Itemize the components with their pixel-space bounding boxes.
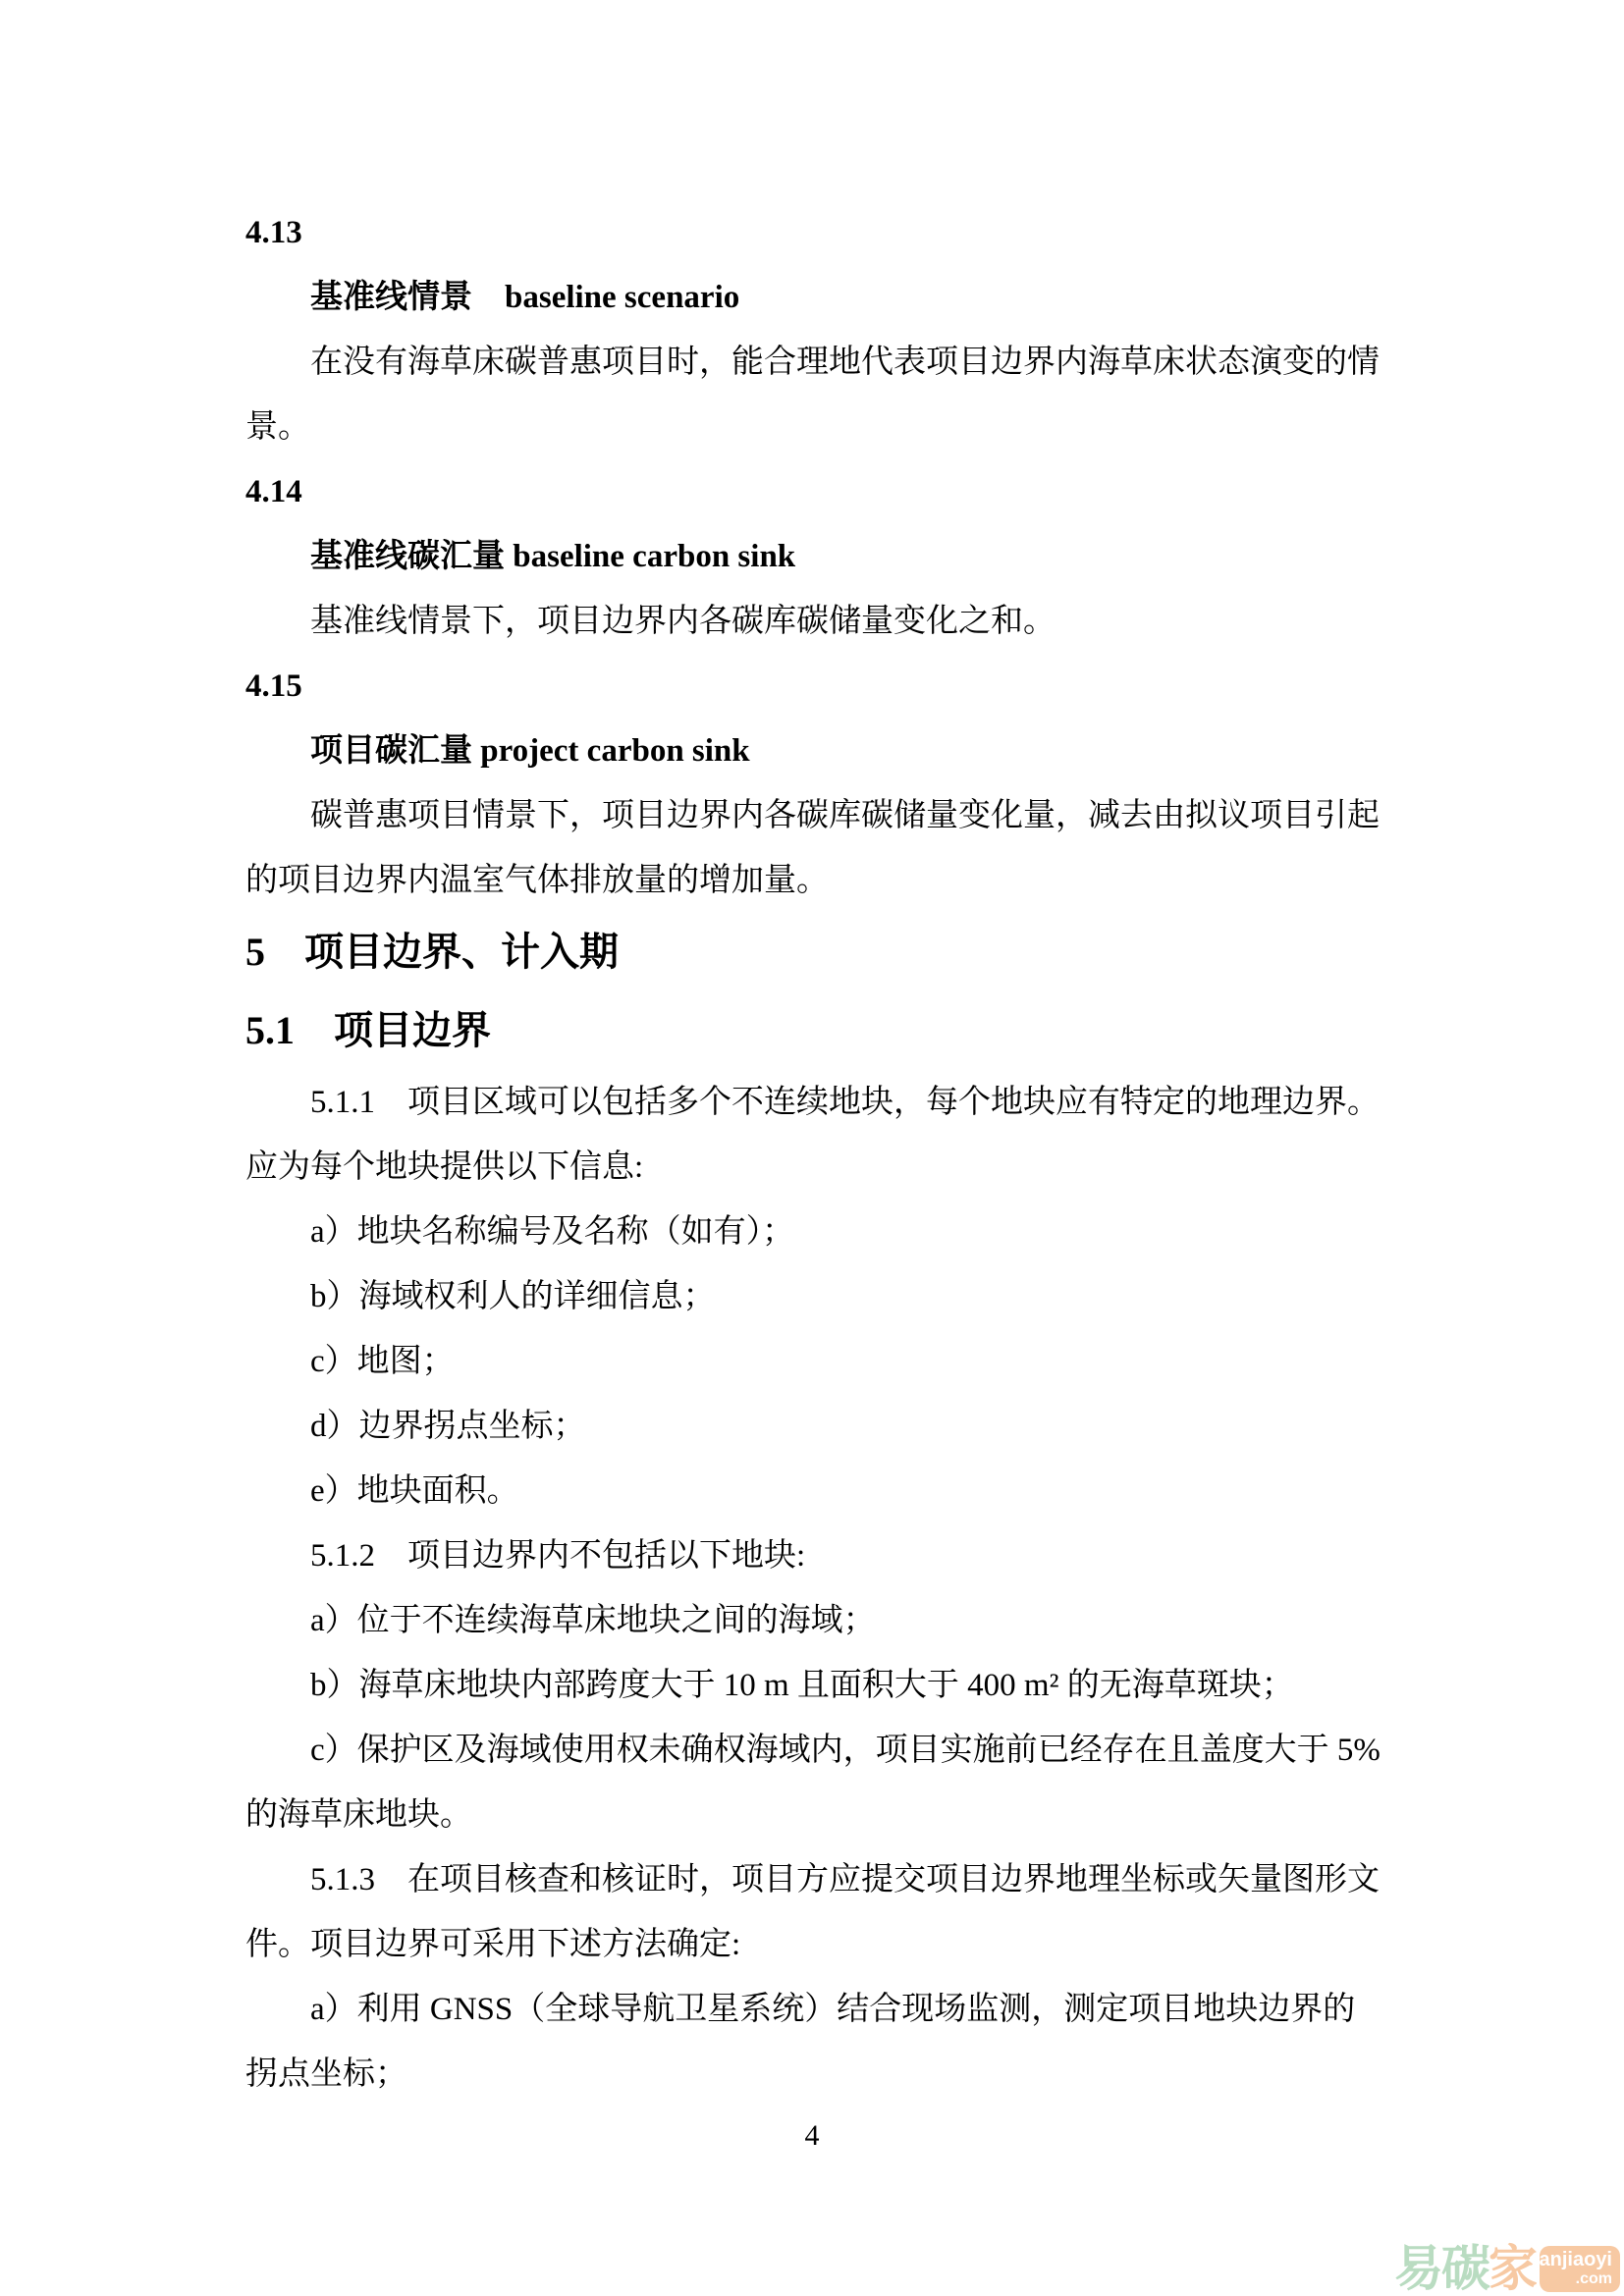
term-title: 基准线碳汇量 baseline carbon sink <box>245 524 1384 589</box>
paragraph-line: 应为每个地块提供以下信息: <box>245 1135 1384 1200</box>
list-item: a）位于不连续海草床地块之间的海域； <box>245 1588 1384 1653</box>
list-item-continuation: 的海草床地块。 <box>245 1783 1384 1847</box>
term-definition-line: 在没有海草床碳普惠项目时，能合理地代表项目边界内海草床状态演变的情 <box>245 330 1384 395</box>
list-item: d）边界拐点坐标； <box>245 1394 1384 1459</box>
paragraph-line: 5.1.3 在项目核查和核证时，项目方应提交项目边界地理坐标或矢量图形文 <box>245 1847 1384 1912</box>
watermark-tld-text: .com <box>1576 2270 1612 2287</box>
list-item: b）海草床地块内部跨度大于 10 m 且面积大于 400 m² 的无海草斑块； <box>245 1653 1384 1718</box>
watermark-brand-orange-text: 家 <box>1489 2243 1536 2294</box>
term-definition-line: 的项目边界内温室气体排放量的增加量。 <box>245 848 1384 913</box>
paragraph-line: 5.1.2 项目边界内不包括以下地块: <box>245 1523 1384 1588</box>
term-number: 4.15 <box>245 654 1384 719</box>
clause-5-1-heading: 5.1 项目边界 <box>245 991 1384 1070</box>
page-content: 4.13 基准线情景 baseline scenario 在没有海草床碳普惠项目… <box>245 200 1384 2107</box>
clause-5-heading: 5 项目边界、计入期 <box>245 913 1384 991</box>
list-item-continuation: 拐点坐标； <box>245 2042 1384 2107</box>
list-item: b）海域权利人的详细信息； <box>245 1264 1384 1329</box>
paragraph-line: 件。项目边界可采用下述方法确定: <box>245 1912 1384 1977</box>
list-item: c）地图； <box>245 1329 1384 1394</box>
term-number: 4.14 <box>245 459 1384 524</box>
document-page: 4.13 基准线情景 baseline scenario 在没有海草床碳普惠项目… <box>0 0 1624 2296</box>
list-item: a）利用 GNSS（全球导航卫星系统）结合现场监测，测定项目地块边界的 <box>245 1977 1384 2042</box>
term-definition-line: 景。 <box>245 395 1384 459</box>
list-item: e）地块面积。 <box>245 1459 1384 1523</box>
watermark-logo: 易碳 家 tanjiaoyi .com <box>1394 2243 1620 2294</box>
watermark-domain-badge: tanjiaoyi .com <box>1540 2246 1620 2292</box>
page-number: 4 <box>0 2118 1624 2154</box>
term-number: 4.13 <box>245 200 1384 265</box>
term-definition-line: 碳普惠项目情景下，项目边界内各碳库碳储量变化量，减去由拟议项目引起 <box>245 783 1384 848</box>
watermark-domain-text: tanjiaoyi <box>1533 2250 1612 2270</box>
term-title: 基准线情景 baseline scenario <box>245 265 1384 330</box>
list-item: c）保护区及海域使用权未确权海域内，项目实施前已经存在且盖度大于 5% <box>245 1718 1384 1783</box>
list-item: a）地块名称编号及名称（如有）； <box>245 1200 1384 1264</box>
term-definition-line: 基准线情景下，项目边界内各碳库碳储量变化之和。 <box>245 589 1384 654</box>
paragraph-line: 5.1.1 项目区域可以包括多个不连续地块，每个地块应有特定的地理边界。 <box>245 1070 1384 1135</box>
term-title: 项目碳汇量 project carbon sink <box>245 719 1384 783</box>
watermark-brand-green-text: 易碳 <box>1394 2243 1489 2294</box>
